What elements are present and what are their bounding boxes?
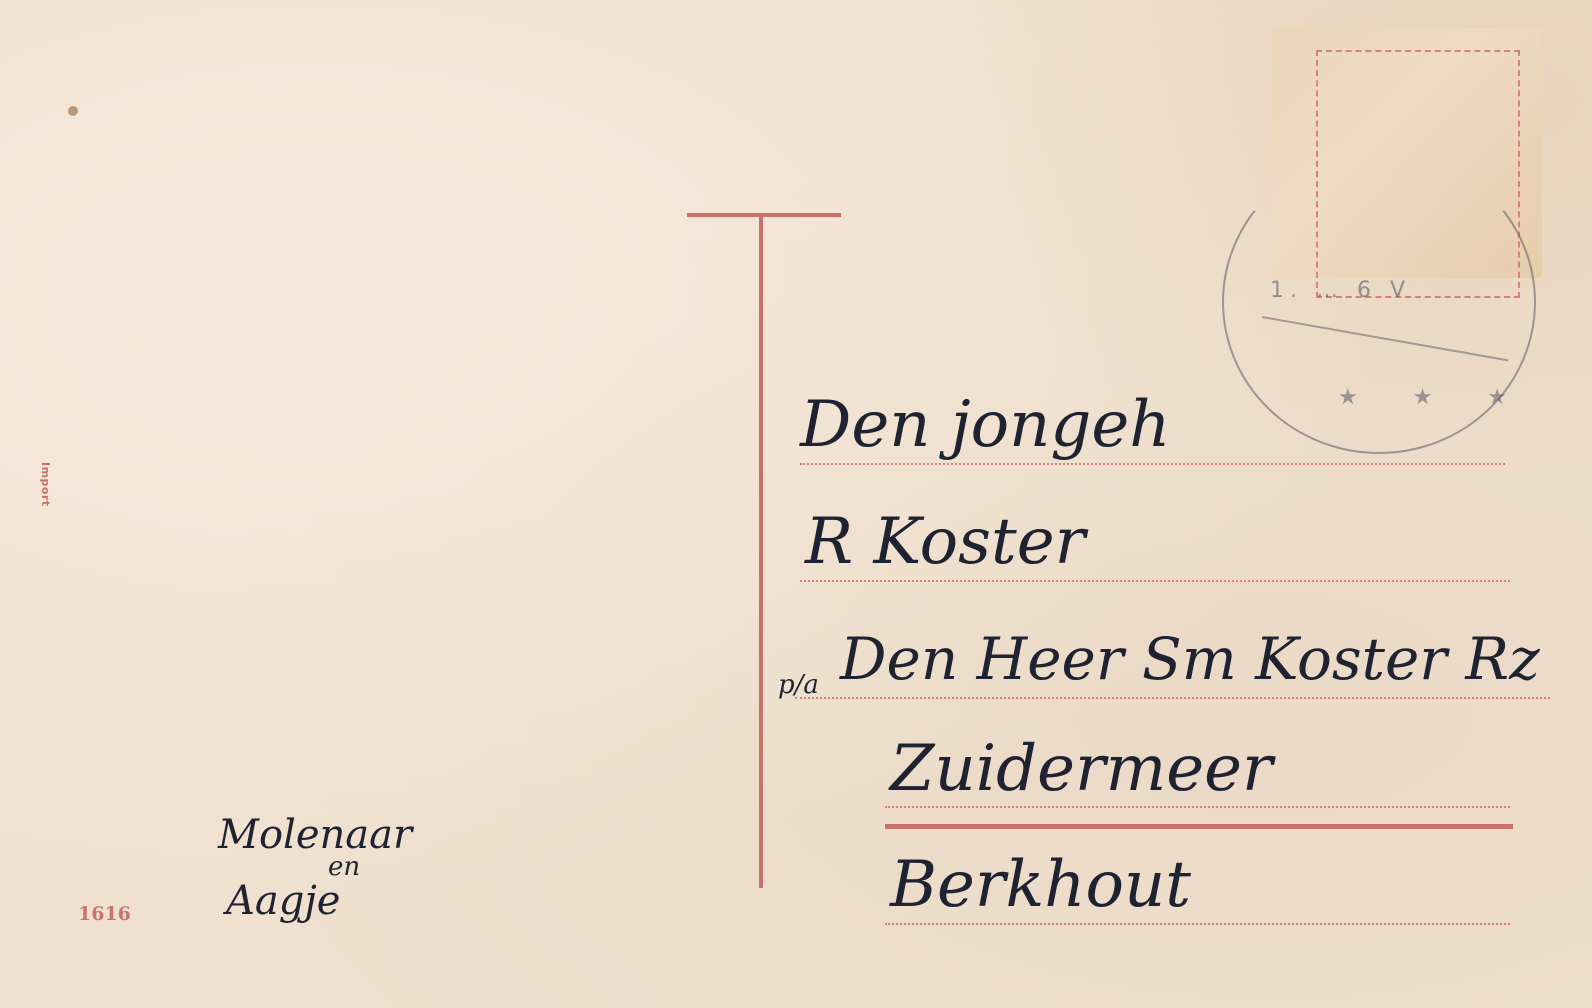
postmark-stars: ★ ★ ★: [1338, 385, 1531, 410]
address-line-bold: [885, 824, 1513, 829]
address-town: Berkhout: [890, 848, 1191, 922]
address-street: Zuidermeer: [890, 732, 1273, 806]
address-recipient-name: R Koster: [805, 505, 1085, 579]
address-recipient-title: Den jongeh: [800, 388, 1170, 462]
import-label: Import: [39, 462, 52, 507]
serial-number: 1616: [78, 903, 131, 925]
address-line-1: [800, 463, 1505, 465]
address-line-2: [800, 580, 1510, 582]
divider-vertical: [759, 213, 763, 888]
care-of-prefix: p/a: [778, 670, 819, 700]
address-line-3: [795, 697, 1550, 699]
address-care-of: Den Heer Sm Koster Rz: [840, 625, 1540, 693]
divider-top-bar: [687, 213, 841, 217]
postcard-back: Import 1616 1. … 6 V ★ ★ ★ Den jongeh R …: [0, 0, 1592, 1008]
paper-stain: [68, 106, 78, 116]
caption-line-3: Aagje: [226, 878, 558, 924]
message-caption: Molenaar en Aagje: [218, 812, 558, 924]
address-line-5: [885, 923, 1510, 925]
address-line-4: [885, 806, 1510, 808]
postmark-date: 1. … 6 V: [1270, 278, 1411, 303]
